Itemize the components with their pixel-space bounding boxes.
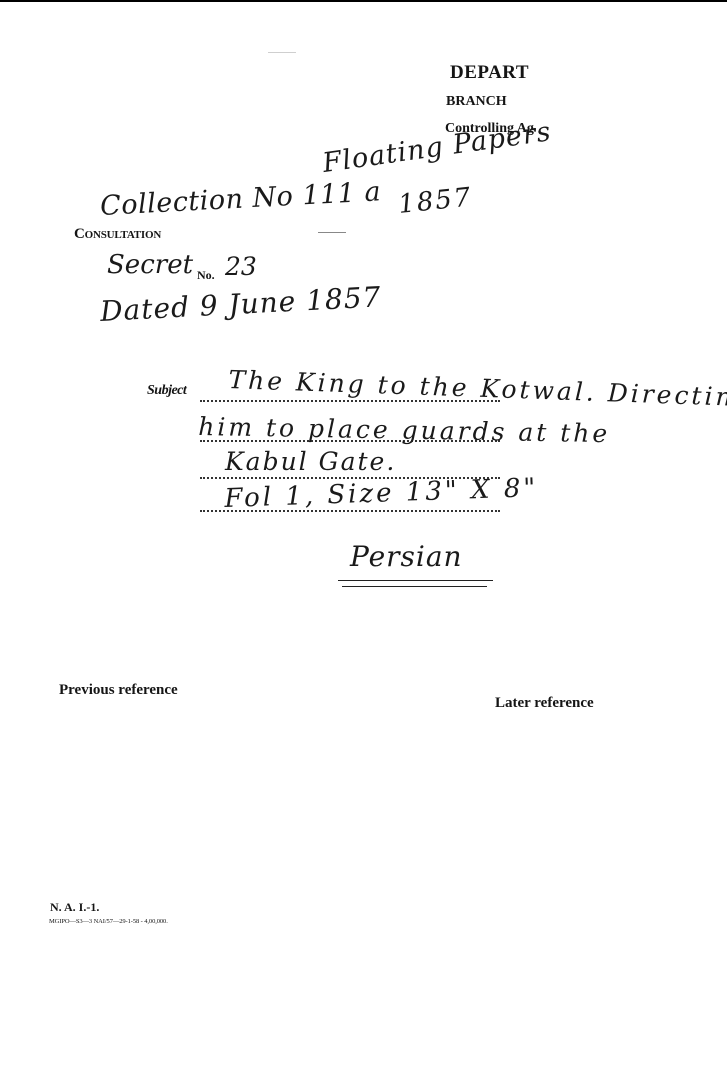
language-underline [338,580,493,581]
handwritten-date: Dated 9 June 1857 [99,280,382,328]
subject-line: Kabul Gate. [225,447,396,476]
number-label: No. [197,268,215,283]
scan-border [0,0,727,2]
language-underline [342,586,487,587]
subject-label: Subject [147,383,186,399]
branch-heading: BRANCH [446,94,507,110]
subject-line: The King to the Kotwal. Directing [228,365,727,412]
scan-smudge [268,52,296,53]
subject-line: Fol 1, Size 13" X 8" [224,473,539,514]
handwritten-category-year: 1857 [397,182,474,220]
handwritten-number: 23 [225,252,257,281]
previous-reference-label: Previous reference [59,682,178,699]
department-heading: DEPART [450,62,529,84]
handwritten-collection-number: Collection No 111 a [99,176,381,222]
handwritten-classification: Secret [107,250,193,280]
consultation-label: Consultation [74,226,161,243]
collection-underline [318,232,346,233]
handwritten-language: Persian [350,540,463,573]
handwritten-category: Floating Papers [321,116,554,179]
subject-line: him to place guards at the [198,412,610,448]
form-code: N. A. I.-1. [50,900,99,915]
later-reference-label: Later reference [495,695,594,712]
printer-imprint: MGIPO—S3—3 NAI/57—29-1-58 - 4,00,000. [49,918,168,925]
